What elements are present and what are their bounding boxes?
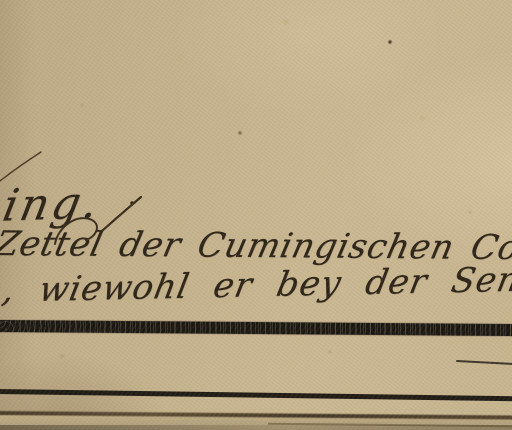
bottom-shadow bbox=[0, 425, 512, 430]
ink-dot bbox=[130, 201, 133, 204]
period-flourish-stroke bbox=[102, 197, 141, 231]
ascender-stroke bbox=[0, 152, 41, 181]
ink-flourishes bbox=[0, 0, 512, 430]
tt-loop-flourish bbox=[55, 218, 97, 244]
manuscript-photo: ming. Zettel der Cumingischen Collectio … bbox=[0, 0, 512, 430]
